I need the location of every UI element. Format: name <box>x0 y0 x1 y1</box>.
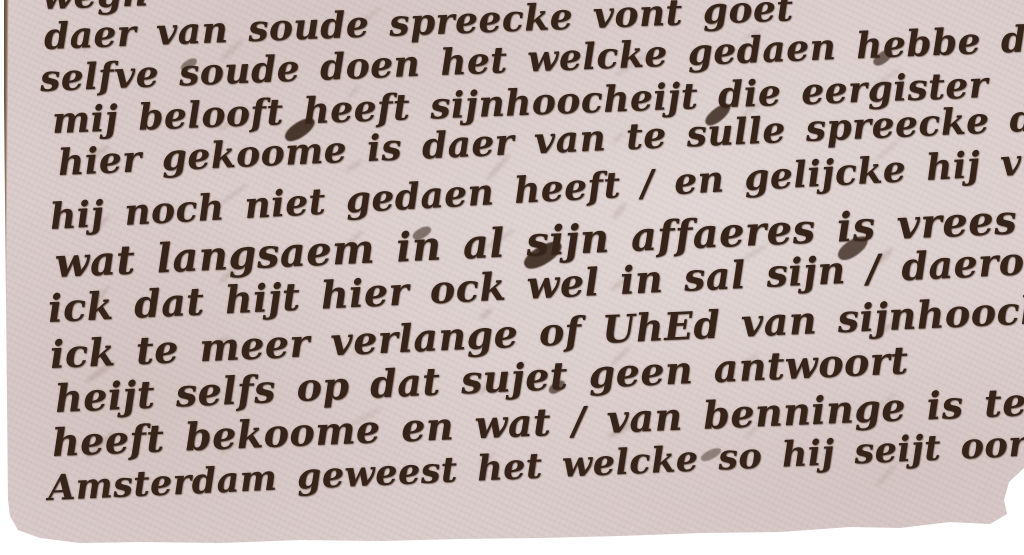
scan-canvas: wegh daer van soude spreecke vont goet s… <box>0 0 1024 555</box>
manuscript-page: wegh daer van soude spreecke vont goet s… <box>0 0 1024 555</box>
paper-left-edge <box>0 0 9 516</box>
